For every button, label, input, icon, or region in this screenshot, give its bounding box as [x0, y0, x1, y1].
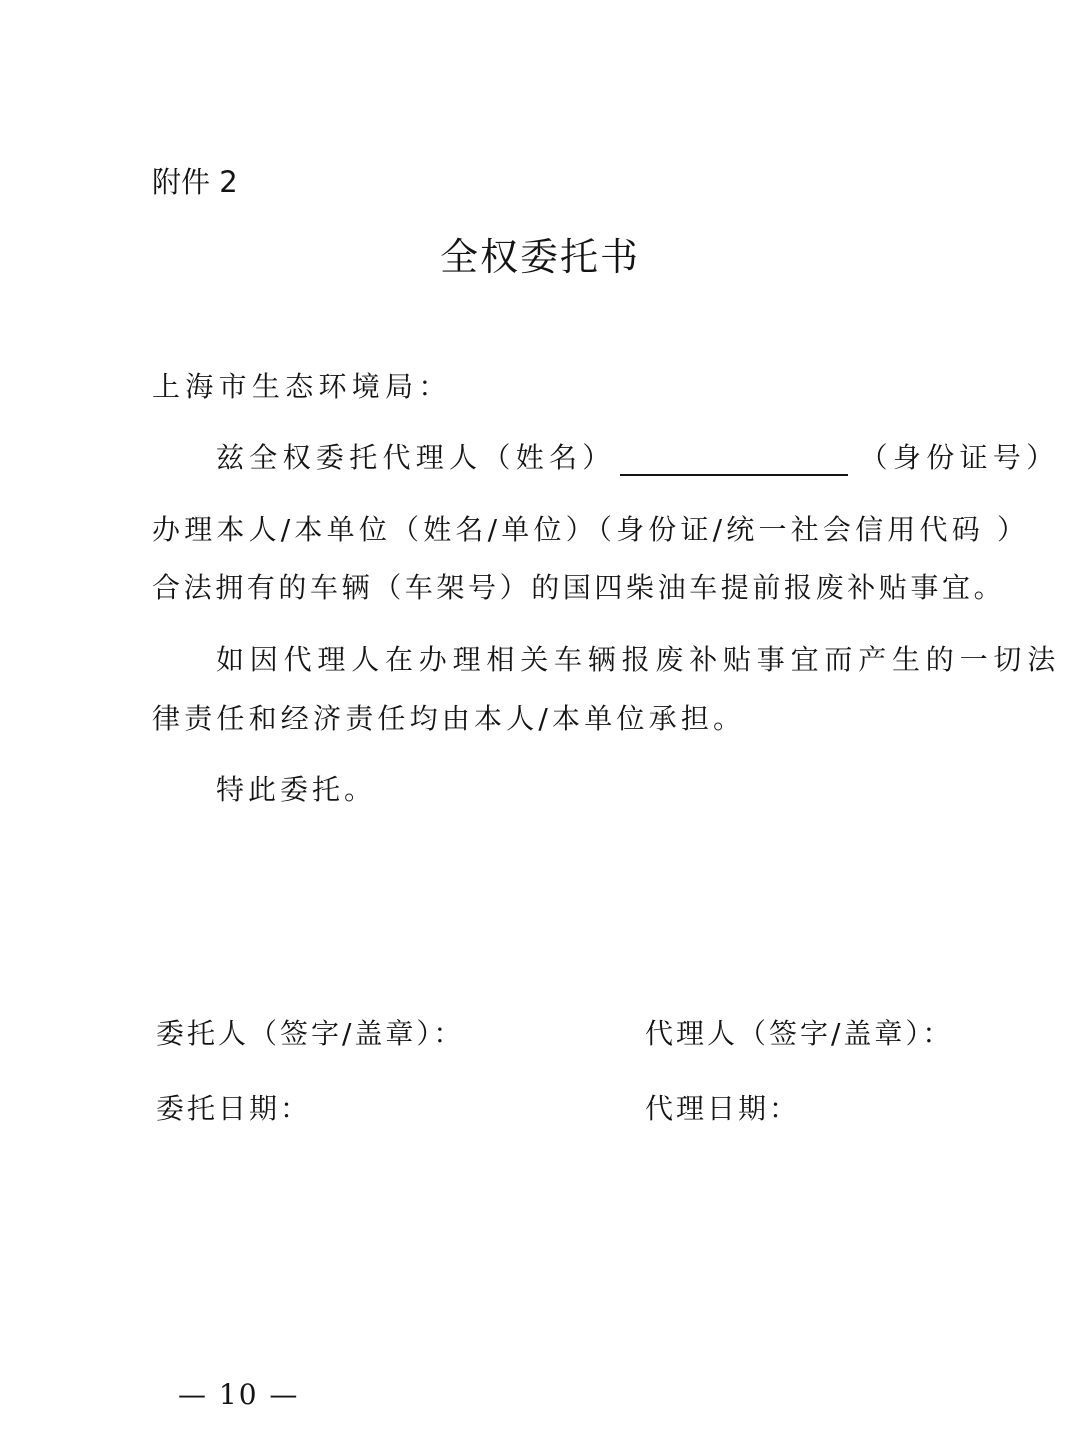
- attachment-label: 附件 2: [152, 160, 238, 201]
- principal-date-label: 委托日期：: [156, 1087, 311, 1127]
- para2-line2: 律责任和经济责任均由本人/本单位承担。: [152, 697, 745, 737]
- para1-line1: 兹全权委托代理人（姓名）（身份证号）: [216, 436, 1059, 476]
- para2-line1: 如因代理人在办理相关车辆报废补贴事宜而产生的一切法: [216, 638, 1061, 678]
- agent-signature-label: 代理人（签字/盖章）：: [645, 1012, 953, 1052]
- para1-line2: 办理本人/本单位（姓名/单位）（身份证/统一社会信用代码 ）: [152, 508, 1029, 548]
- principal-signature-label: 委托人（签字/盖章）：: [156, 1012, 464, 1052]
- closing-text: 特此委托。: [216, 768, 376, 808]
- title-text: 全权委托书: [440, 226, 640, 281]
- document-title: 全权委托书: [0, 226, 1080, 281]
- agent-date-label: 代理日期：: [645, 1087, 800, 1127]
- para1-line3: 合法拥有的车辆（车架号）的国四柴油车提前报废补贴事宜。: [152, 566, 1005, 606]
- name-blank-underline: [620, 444, 848, 476]
- page-number: — 10 —: [178, 1378, 299, 1411]
- addressee: 上海市生态环境局：: [152, 365, 452, 405]
- para1-text-before-blank: 兹全权委托代理人（姓名）: [216, 441, 616, 474]
- para1-text-after-blank: （身份证号）: [860, 441, 1060, 474]
